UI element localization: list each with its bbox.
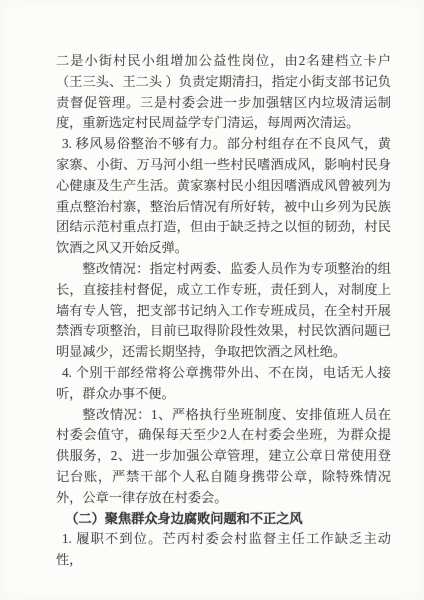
body-paragraph: 二是小街村民小组增加公益性岗位，由2名建档立卡户（王三头、王二头 ）负责定期清扫… bbox=[56, 51, 391, 134]
section-heading: （二）聚焦群众身边腐败问题和不正之风 bbox=[56, 509, 391, 530]
rectification-paragraph: 整改情况：1、严格执行坐班制度、安排值班人员在村委会值守，确保每天至少2人在村委… bbox=[56, 405, 391, 509]
rectification-paragraph: 整改情况：指定村两委、监委人员作为专项整治的组长，直接挂村督促，成立工作专班，责… bbox=[56, 259, 391, 363]
body-paragraph-item-3: 3. 移风易俗整治不够有力。部分村组存在不良风气，黄家寨、小街、万马河小组一些村… bbox=[56, 134, 391, 259]
body-paragraph-item-1: 1. 履职不到位。芒丙村委会村监督主任工作缺乏主动性， bbox=[56, 529, 391, 571]
document-page: 二是小街村民小组增加公益性岗位，由2名建档立卡户（王三头、王二头 ）负责定期清扫… bbox=[0, 0, 424, 600]
body-paragraph-item-4: 4. 个别干部经常将公章携带外出、不在岗，电话无人接听，群众办事不便。 bbox=[56, 363, 391, 405]
